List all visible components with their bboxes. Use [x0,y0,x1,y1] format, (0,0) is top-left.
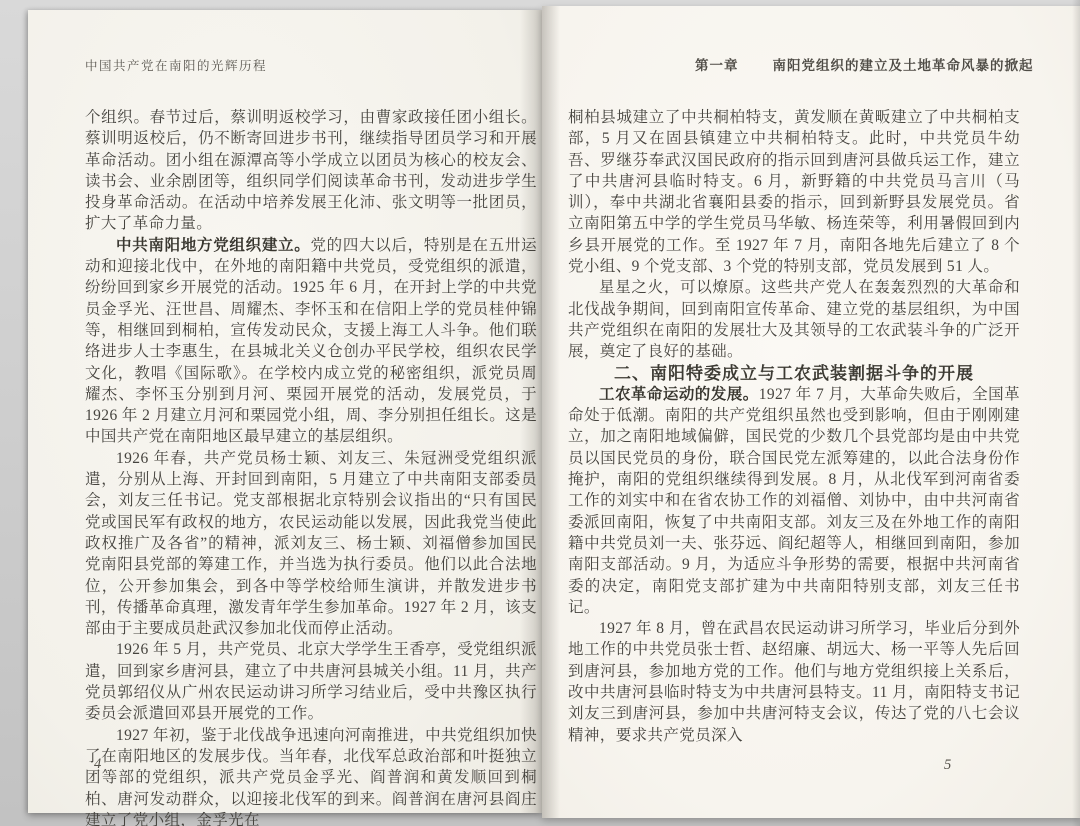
section-heading: 二、南阳特委成立与工农武装割据斗争的开展 [568,363,1020,384]
body-paragraph: 个组织。春节过后，蔡训明返校学习，由曹家政接任团小组长。蔡训明返校后，仍不断寄回… [85,107,537,235]
body-paragraph: 工农革命运动的发展。1927 年 7 月，大革命失败后，全国革命处于低潮。南阳的… [568,384,1020,618]
right-page-content: 第一章 南阳党组织的建立及土地革命风暴的掀起 桐柏县城建立了中共桐柏特支，黄发顺… [568,54,1020,746]
body-paragraph: 1926 年 5 月，共产党员、北京大学学生王香亭，受党组织派遣，回到家乡唐河县… [85,639,537,724]
left-page-content: 中国共产党在南阳的光辉历程 个组织。春节过后，蔡训明返校学习，由曹家政接任团小组… [85,56,537,826]
page-number-left: 4 [94,756,101,773]
body-paragraph: 星星之火，可以燎原。这些共产党人在轰轰烈烈的大革命和北伐战争期间，回到南阳宣传革… [568,277,1020,362]
left-running-head: 中国共产党在南阳的光辉历程 [85,56,537,74]
book-scan: 中国共产党在南阳的光辉历程 个组织。春节过后，蔡训明返校学习，由曹家政接任团小组… [0,0,1080,826]
gutter-shadow [542,6,560,818]
body-paragraph: 桐柏县城建立了中共桐柏特支，黄发顺在黄畈建立了中共桐柏支部，5 月又在固县镇建立… [568,107,1020,277]
left-page: 中国共产党在南阳的光辉历程 个组织。春节过后，蔡训明返校学习，由曹家政接任团小组… [28,10,542,813]
gutter-shadow [520,10,542,813]
chapter-number: 第一章 [695,54,739,74]
paragraph-lead: 中共南阳地方党组织建立。 [116,237,310,254]
body-paragraph: 中共南阳地方党组织建立。党的四大以后，特别是在五卅运动和迎接北伐中，在外地的南阳… [85,235,537,448]
right-page: 第一章 南阳党组织的建立及土地革命风暴的掀起 桐柏县城建立了中共桐柏特支，黄发顺… [542,6,1080,818]
chapter-title: 南阳党组织的建立及土地革命风暴的掀起 [773,54,1034,74]
body-paragraph: 1926 年春，共产党员杨士颖、刘友三、朱冠洲受党组织派遣，分别从上海、开封回到… [85,448,537,640]
body-paragraph: 1927 年初，鉴于北伐战争迅速向河南推进，中共党组织加快了在南阳地区的发展步伐… [85,725,537,826]
paragraph-lead: 工农革命运动的发展。 [599,386,759,403]
left-body-text: 个组织。春节过后，蔡训明返校学习，由曹家政接任团小组长。蔡训明返校后，仍不断寄回… [85,107,537,826]
chapter-running-head: 第一章 南阳党组织的建立及土地革命风暴的掀起 [568,54,1020,74]
right-body-text: 桐柏县城建立了中共桐柏特支，黄发顺在黄畈建立了中共桐柏支部，5 月又在固县镇建立… [568,107,1020,746]
paragraph-text: 1927 年 7 月，大革命失败后，全国革命处于低潮。南阳的共产党组织虽然也受到… [568,386,1020,616]
paragraph-text: 党的四大以后，特别是在五卅运动和迎接北伐中，在外地的南阳籍中共党员，受党组织的派… [85,237,537,446]
page-number-right: 5 [944,757,951,774]
body-paragraph: 1927 年 8 月，曾在武昌农民运动讲习所学习，毕业后分到外地工作的中共党员张… [568,618,1020,746]
